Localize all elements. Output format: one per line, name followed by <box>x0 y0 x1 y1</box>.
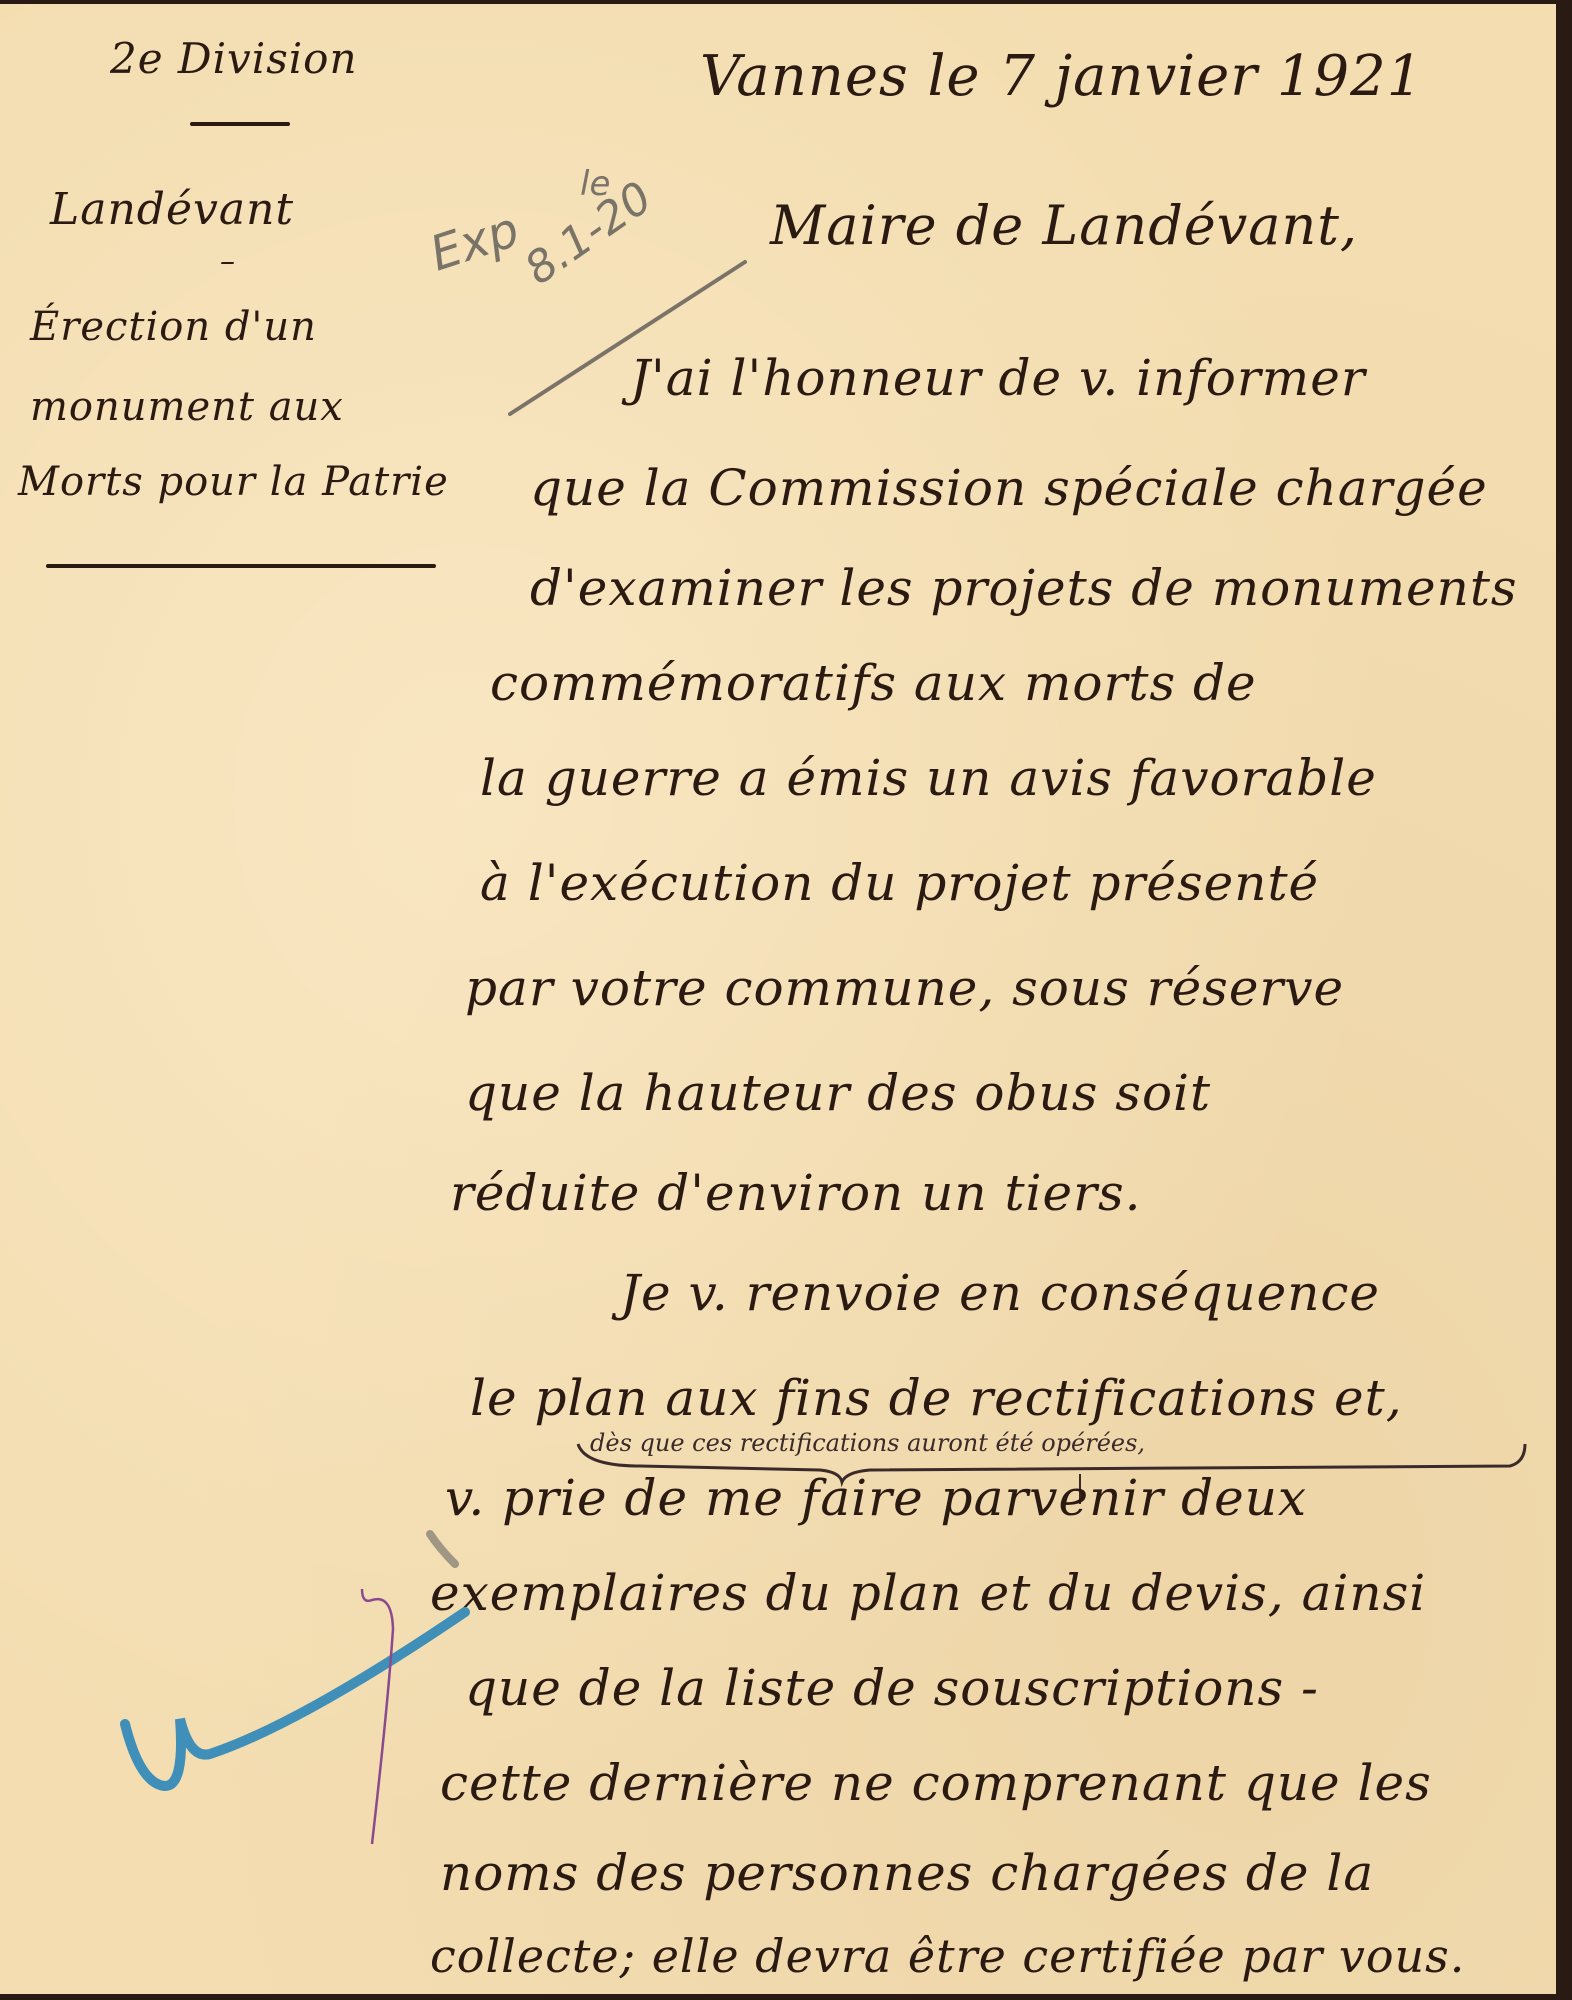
pencil-smudge-icon <box>0 4 1556 2000</box>
letter-page: 2e Division Vannes le 7 janvier 1921 Lan… <box>0 4 1556 1994</box>
